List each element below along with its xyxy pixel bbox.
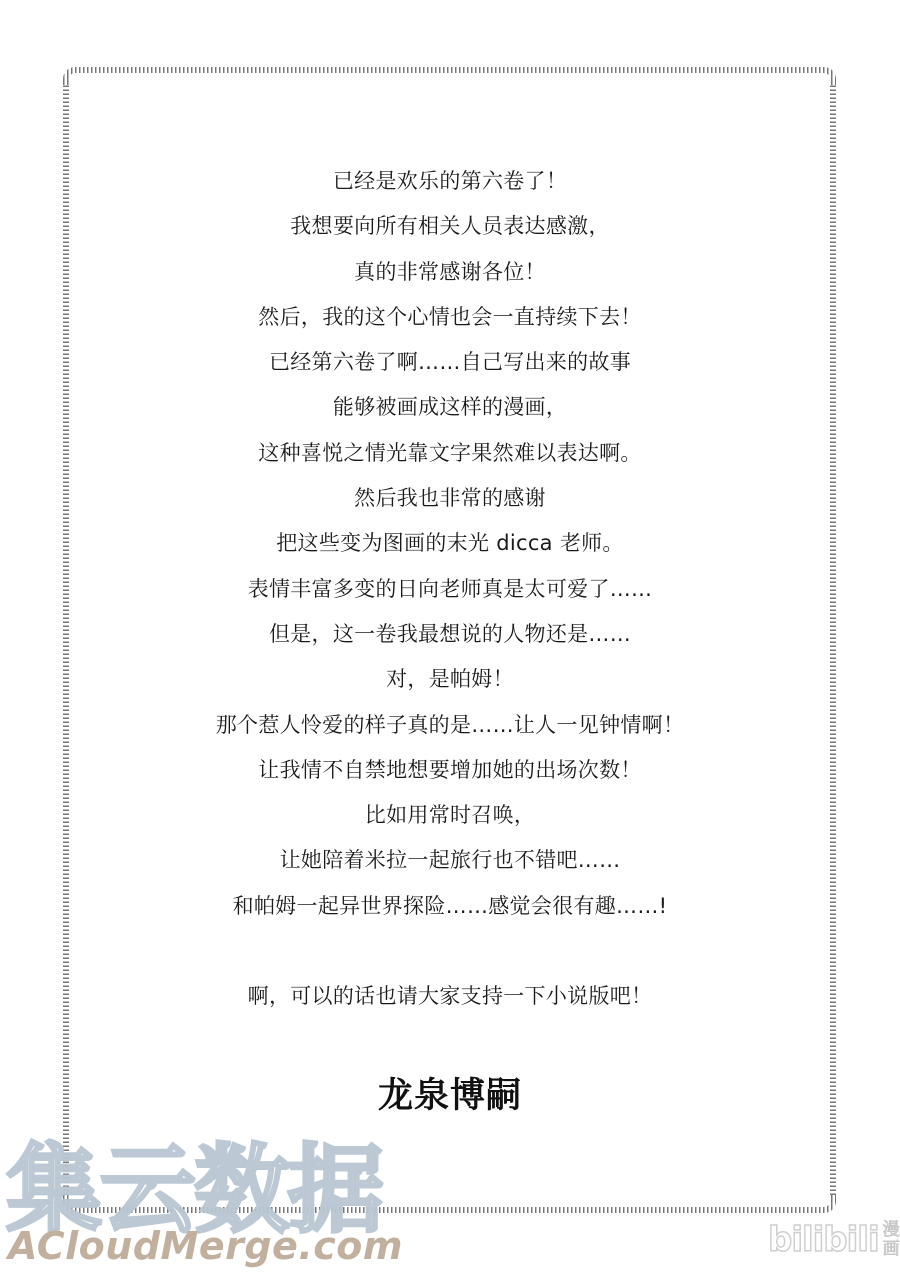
afterword-line: 然后我也非常的感谢 [0,483,900,528]
afterword-line: 对，是帕姆！ [0,664,900,709]
afterword-line: 能够被画成这样的漫画， [0,392,900,437]
watermark-english: ACloudMerge.com [8,1222,403,1270]
afterword-line: 让我情不自禁地想要增加她的出场次数！ [0,755,900,800]
afterword-line: 已经第六卷了啊……自己写出来的故事 [0,347,900,392]
afterword-text: 已经是欢乐的第六卷了！ 我想要向所有相关人员表达感激， 真的非常感谢各位！ 然后… [0,166,900,1027]
afterword-line: 让她陪着米拉一起旅行也不错吧…… [0,845,900,890]
afterword-line: 我想要向所有相关人员表达感激， [0,211,900,256]
bilibili-manga-logo: bilibili 漫 画 [768,1220,900,1260]
afterword-line: 和帕姆一起异世界探险……感觉会很有趣……! [0,891,900,936]
afterword-line: 啊，可以的话也请大家支持一下小说版吧！ [0,981,900,1026]
manga-char-1: 漫 [883,1221,900,1240]
bilibili-logo-text: bilibili [768,1220,879,1260]
afterword-line: 已经是欢乐的第六卷了！ [0,166,900,211]
author-signature: 龙泉博嗣 [0,1074,900,1118]
afterword-line: 那个惹人怜爱的样子真的是……让人一见钟情啊！ [0,710,900,755]
afterword-line: 真的非常感谢各位！ [0,257,900,302]
manga-char-2: 画 [883,1240,900,1259]
blank-line-spacer [0,936,900,981]
afterword-line: 这种喜悦之情光靠文字果然难以表达啊。 [0,438,900,483]
afterword-line: 比如用常时召唤， [0,800,900,845]
manga-label: 漫 画 [883,1221,900,1259]
afterword-line: 但是，这一卷我最想说的人物还是…… [0,619,900,664]
afterword-line: 表情丰富多变的日向老师真是太可爱了…… [0,574,900,619]
afterword-line: 把这些变为图画的末光 dicca 老师。 [0,528,900,573]
afterword-line: 然后，我的这个心情也会一直持续下去！ [0,302,900,347]
